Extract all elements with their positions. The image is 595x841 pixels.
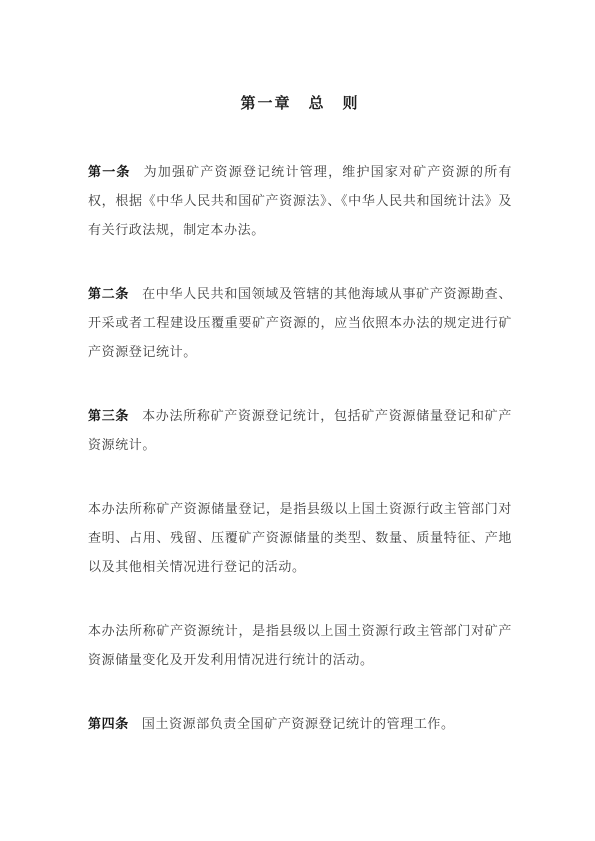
article-1-label: 第一条 <box>88 164 131 179</box>
document-content: 第一章 总 则 第一条为加强矿产资源登记统计管理，维护国家对矿产资源的所有权，根… <box>0 0 595 738</box>
document-page: 第一章 总 则 第一条为加强矿产资源登记统计管理，维护国家对矿产资源的所有权，根… <box>0 0 595 841</box>
chapter-title: 第一章 总 则 <box>88 93 512 115</box>
article-4-label: 第四条 <box>88 716 129 731</box>
article-1-paragraph: 第一条为加强矿产资源登记统计管理，维护国家对矿产资源的所有权，根据《中华人民共和… <box>88 157 512 244</box>
article-3-text: 本办法所称矿产资源登记统计，包括矿产资源储量登记和矿产资源统计。 <box>88 408 512 452</box>
article-3-definition-registration-paragraph: 本办法所称矿产资源储量登记，是指县级以上国土资源行政主管部门对查明、占用、残留、… <box>88 494 512 581</box>
paragraph-5-text: 本办法所称矿产资源统计，是指县级以上国土资源行政主管部门对矿产资源储量变化及开发… <box>88 623 512 667</box>
article-1-text: 为加强矿产资源登记统计管理，维护国家对矿产资源的所有权，根据《中华人民共和国矿产… <box>88 164 512 237</box>
article-4-text: 国土资源部负责全国矿产资源登记统计的管理工作。 <box>142 716 455 731</box>
article-4-paragraph: 第四条国土资源部负责全国矿产资源登记统计的管理工作。 <box>88 709 512 738</box>
article-2-label: 第二条 <box>88 286 129 301</box>
article-3-label: 第三条 <box>88 408 129 423</box>
article-2-text: 在中华人民共和国领域及管辖的其他海域从事矿产资源勘查、开采或者工程建设压覆重要矿… <box>88 286 512 359</box>
paragraph-4-text: 本办法所称矿产资源储量登记，是指县级以上国土资源行政主管部门对查明、占用、残留、… <box>88 501 512 574</box>
article-3-definition-statistics-paragraph: 本办法所称矿产资源统计，是指县级以上国土资源行政主管部门对矿产资源储量变化及开发… <box>88 616 512 674</box>
article-2-paragraph: 第二条在中华人民共和国领域及管辖的其他海域从事矿产资源勘查、开采或者工程建设压覆… <box>88 279 512 366</box>
article-3-paragraph: 第三条本办法所称矿产资源登记统计，包括矿产资源储量登记和矿产资源统计。 <box>88 401 512 459</box>
